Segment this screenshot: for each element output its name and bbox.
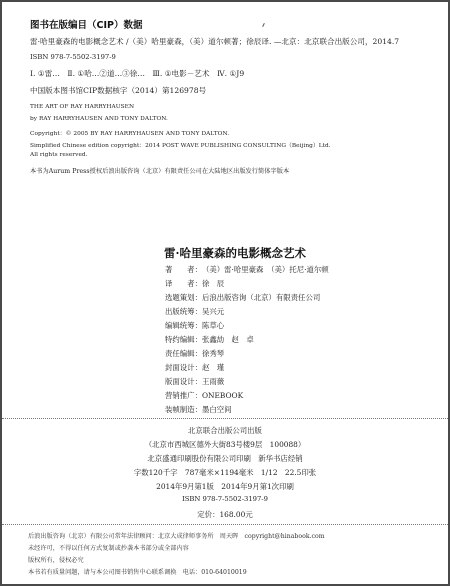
isbn-line: ISBN 978-7-5502-3197-9 <box>2 495 448 503</box>
credit-value: 徐 辰 <box>202 279 224 288</box>
credit-author: 著 者：（美）雷·哈里豪森 （美）托尼·道尔顿 <box>165 264 329 275</box>
credit-value: 陈草心 <box>202 321 224 330</box>
cip-entry: 雷·哈里豪森的电影概念艺术 /（美）哈里豪森，（美）道尔顿著；徐辰译. —北京：… <box>30 36 399 47</box>
credit-publishing-coordinator: 出版统筹：吴兴元 <box>165 306 224 317</box>
credit-value: 吴兴元 <box>202 307 224 316</box>
credit-editorial-coordinator: 编辑统筹：陈草心 <box>165 320 224 331</box>
edition-info: 2014年9月第1版 2014年9月第1次印刷 <box>2 481 448 492</box>
credit-value: 墨白空间 <box>202 405 232 414</box>
cip-record-number: 中国版本图书馆CIP数据核字（2014）第126978号 <box>30 85 206 96</box>
credit-label: 责任编辑： <box>165 348 202 359</box>
publisher-address: （北京市西城区德外大街83号楼9层 100088） <box>2 439 448 450</box>
credit-responsible-editor: 责任编辑：徐秀琴 <box>165 348 224 359</box>
cip-heading: 图书在版编目（CIP）数据 <box>30 17 142 31</box>
credit-marketing: 营销推广：ONEBOOK <box>165 390 243 401</box>
original-title: THE ART OF RAY HARRYHAUSEN <box>30 104 134 110</box>
credit-label: 编辑统筹： <box>165 320 202 331</box>
credit-value: 张鑫劼 赵 卓 <box>202 335 254 344</box>
cip-isbn: ISBN 978-7-5502-3197-9 <box>30 53 116 61</box>
original-copyright: Copyright：© 2005 BY RAY HARRYHAUSEN AND … <box>30 128 229 137</box>
credit-label: 译 者： <box>165 278 202 289</box>
credit-planning: 选题策划：后浪出版咨询（北京）有限责任公司 <box>165 292 320 303</box>
credit-translator: 译 者：徐 辰 <box>165 278 224 289</box>
book-specs: 字数120千字 787毫米×1194毫米 1/12 22.5印张 <box>2 467 448 478</box>
credit-value: （美）雷·哈里豪森 （美）托尼·道尔顿 <box>202 265 329 274</box>
printer-line: 北京盛通印刷股份有限公司印刷 新华书店经销 <box>2 453 448 464</box>
credit-special-editor: 特约编辑：张鑫劼 赵 卓 <box>165 334 254 345</box>
credit-label: 著 者： <box>165 264 202 275</box>
book-title: 雷·哈里豪森的电影概念艺术 <box>164 245 306 261</box>
credit-label: 选题策划： <box>165 292 202 303</box>
divider-dotted <box>2 418 448 419</box>
credit-value: ONEBOOK <box>202 391 243 400</box>
credit-binding: 装帧制造：墨白空间 <box>165 404 232 415</box>
reproduction-notice: 未经许可，不得以任何方式复制或抄袭本书部分或全部内容 <box>28 543 189 552</box>
price-line: 定价：168.00元 <box>2 509 448 520</box>
credit-value: 徐秀琴 <box>202 349 224 358</box>
credit-label: 封面设计： <box>165 362 202 373</box>
pen-mark <box>262 23 265 27</box>
cip-classification: Ⅰ. ①雷… Ⅱ. ①哈…②道…③徐… Ⅲ. ①电影－艺术 Ⅳ. ①J9 <box>30 68 244 79</box>
credit-label: 版面设计： <box>165 376 202 387</box>
credit-value: 赵 瑾 <box>202 363 224 372</box>
credit-label: 装帧制造： <box>165 404 202 415</box>
divider-dotted <box>2 524 448 525</box>
legal-counsel-line: 后浪出版咨询（北京）有限公司常年法律顾问：北京大成律师事务所 周天晖 copyr… <box>28 531 325 540</box>
credit-layout-design: 版面设计：王雨薇 <box>165 376 224 387</box>
chinese-edition-copyright: Simplified Chinese edition copyright：201… <box>30 140 331 149</box>
credit-label: 特约编辑： <box>165 334 202 345</box>
quality-contact-line: 本书若有质量问题，请与本公司图书销售中心联系调换 电话：010-64010019 <box>28 567 247 576</box>
license-note: 本书为Aurum Press授权后浪出版咨询（北京）有限责任公司在大陆地区出版发… <box>30 166 289 175</box>
credit-value: 王雨薇 <box>202 377 224 386</box>
publisher-line: 北京联合出版公司出版 <box>2 425 448 436</box>
copyright-page: 图书在版编目（CIP）数据 雷·哈里豪森的电影概念艺术 /（美）哈里豪森，（美）… <box>2 2 448 584</box>
credit-label: 营销推广： <box>165 390 202 401</box>
credit-value: 后浪出版咨询（北京）有限责任公司 <box>202 293 320 302</box>
credit-label: 出版统筹： <box>165 306 202 317</box>
credit-cover-design: 封面设计：赵 瑾 <box>165 362 224 373</box>
original-authors: by RAY HARRYHAUSEN AND TONY DALTON. <box>30 116 168 122</box>
rights-notice: 版权所有，侵权必究 <box>28 555 84 564</box>
all-rights-reserved: All rights reserved. <box>30 152 88 158</box>
